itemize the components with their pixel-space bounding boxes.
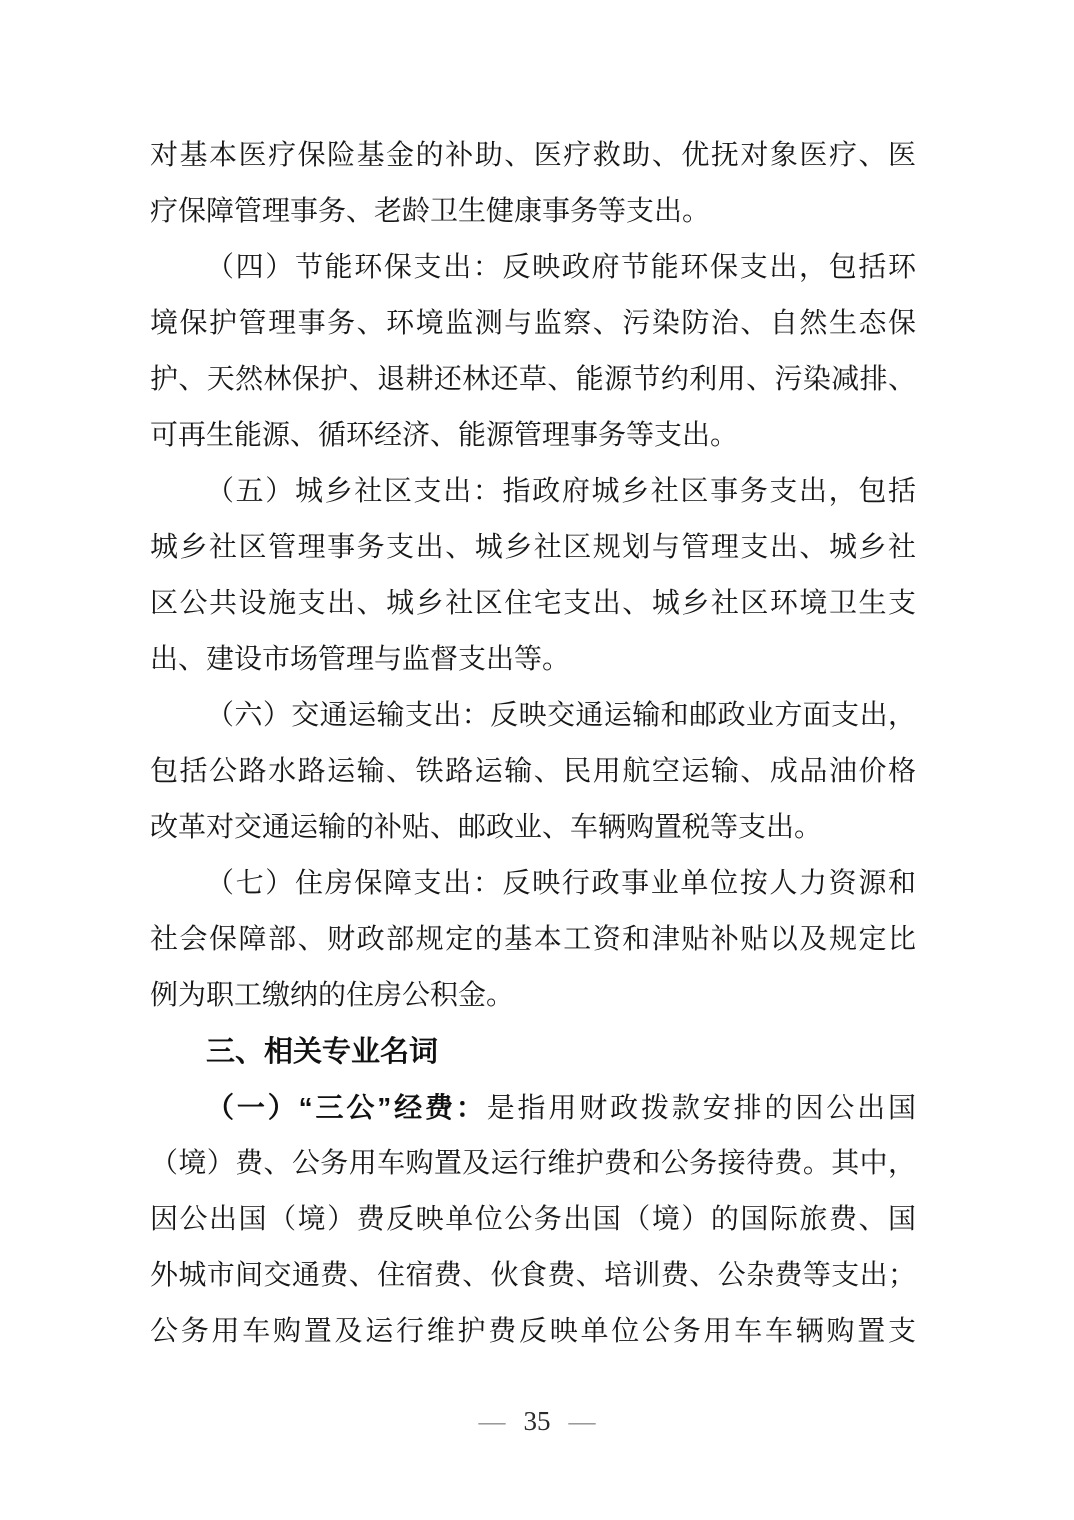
term-bold-lead: （一）“三公”经费： xyxy=(206,1092,487,1123)
text-line: 区公共设施支出、城乡社区住宅支出、城乡社区环境卫生支 xyxy=(150,576,916,632)
footer-left-dash: — xyxy=(479,1406,506,1436)
text-line: 外城市间交通费、住宿费、伙食费、培训费、公杂费等支出； xyxy=(150,1248,916,1304)
text-line: 出、建设市场管理与监督支出等。 xyxy=(150,632,916,688)
text-line: 可再生能源、循环经济、能源管理事务等支出。 xyxy=(150,408,916,464)
text-line-continuation: 对基本医疗保险基金的补助、医疗救助、优抚对象医疗、医 xyxy=(150,128,916,184)
text-line: 境保护管理事务、环境监测与监察、污染防治、自然生态保 xyxy=(150,296,916,352)
text-line: 护、天然林保护、退耕还林还草、能源节约利用、污染减排、 xyxy=(150,352,916,408)
text-line: （境）费、公务用车购置及运行维护费和公务接待费。其中， xyxy=(150,1136,916,1192)
text-line: 改革对交通运输的补贴、邮政业、车辆购置税等支出。 xyxy=(150,800,916,856)
text-line: 因公出国（境）费反映单位公务出国（境）的国际旅费、国 xyxy=(150,1192,916,1248)
section-heading: 三、相关专业名词 xyxy=(150,1024,916,1080)
term-lead-continuation: 是指用财政拨款安排的因公出国 xyxy=(487,1093,916,1124)
footer-right-dash: — xyxy=(569,1406,596,1436)
text-line: 城乡社区管理事务支出、城乡社区规划与管理支出、城乡社 xyxy=(150,520,916,576)
text-line: 公务用车购置及运行维护费反映单位公务用车车辆购置支 xyxy=(150,1304,916,1360)
paragraph-7-start: （七）住房保障支出：反映行政事业单位按人力资源和 xyxy=(150,856,916,912)
term-paragraph-start: （一）“三公”经费：是指用财政拨款安排的因公出国 xyxy=(150,1080,916,1136)
text-line: 疗保障管理事务、老龄卫生健康事务等支出。 xyxy=(150,184,916,240)
paragraph-4-start: （四）节能环保支出：反映政府节能环保支出，包括环 xyxy=(150,240,916,296)
page-footer: —35— xyxy=(0,1401,1074,1441)
text-line: 包括公路水路运输、铁路运输、民用航空运输、成品油价格 xyxy=(150,744,916,800)
page-number: 35 xyxy=(524,1406,551,1436)
document-body: 对基本医疗保险基金的补助、医疗救助、优抚对象医疗、医 疗保障管理事务、老龄卫生健… xyxy=(150,128,916,1360)
paragraph-6-start: （六）交通运输支出：反映交通运输和邮政业方面支出， xyxy=(150,688,916,744)
text-line: 社会保障部、财政部规定的基本工资和津贴补贴以及规定比 xyxy=(150,912,916,968)
text-line: 例为职工缴纳的住房公积金。 xyxy=(150,968,916,1024)
document-page: 对基本医疗保险基金的补助、医疗救助、优抚对象医疗、医 疗保障管理事务、老龄卫生健… xyxy=(0,0,1074,1520)
paragraph-5-start: （五）城乡社区支出：指政府城乡社区事务支出，包括 xyxy=(150,464,916,520)
